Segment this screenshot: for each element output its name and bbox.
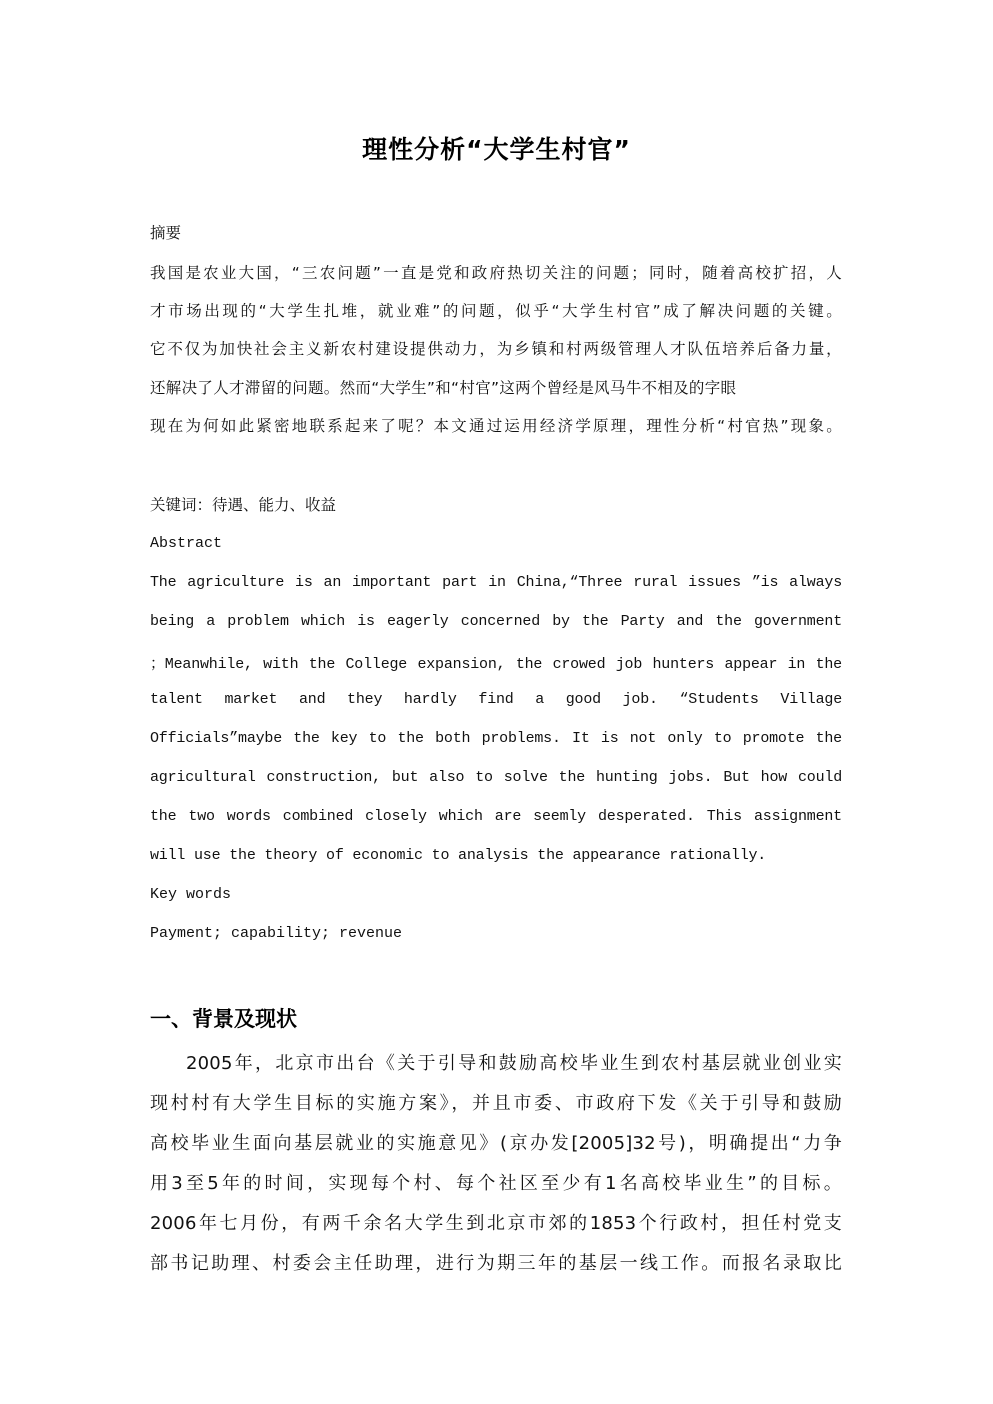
abstract-cn-line: 它不仅为加快社会主义新农村建设提供动力，为乡镇和村两级管理人才队伍培养后备力量， (150, 337, 842, 359)
abstract-cn-line: 才市场出现的“大学生扎堆，就业难”的问题，似乎“大学生村官”成了解决问题的关键。 (150, 299, 842, 321)
abstract-en-line: Officials”maybe the key to the both prob… (150, 730, 842, 747)
abstract-en-line: being a problem which is eagerly concern… (150, 613, 842, 630)
keywords-en-label: Key words (150, 886, 842, 903)
abstract-cn-line: 我国是农业大国，“三农问题”一直是党和政府热切关注的问题；同时，随着高校扩招，人 (150, 261, 842, 283)
abstract-en-line: agricultural construction, but also to s… (150, 769, 842, 786)
document-title: 理性分析“大学生村官” (0, 130, 993, 166)
keywords-cn: 关键词：待遇、能力、收益 (150, 493, 842, 515)
section-paragraph-line: 现村村有大学生目标的实施方案》，并且市委、市政府下发《关于引导和鼓励 (150, 1089, 842, 1115)
section-heading: 一、背景及现状 (150, 1003, 297, 1033)
abstract-cn-line: 还解决了人才滞留的问题。然而“大学生”和“村官”这两个曾经是风马牛不相及的字眼 (150, 376, 842, 398)
abstract-en-line: the two words combined closely which are… (150, 808, 842, 825)
section-paragraph-line: 高校毕业生面向基层就业的实施意见》(京办发[2005]32号)，明确提出“力争 (150, 1129, 842, 1155)
abstract-en-line: will use the theory of economic to analy… (150, 847, 842, 864)
abstract-en-label: Abstract (150, 535, 842, 552)
abstract-en-line: talent market and they hardly find a goo… (150, 691, 842, 708)
keywords-en-value: Payment; capability; revenue (150, 925, 842, 942)
document-page: 理性分析“大学生村官” 摘要 我国是农业大国，“三农问题”一直是党和政府热切关注… (0, 0, 993, 1404)
abstract-cn-label: 摘要 (150, 221, 842, 243)
section-paragraph-line: 2005年，北京市出台《关于引导和鼓励高校毕业生到农村基层就业创业实 (186, 1049, 842, 1075)
abstract-en-line: The agriculture is an important part in … (150, 574, 842, 591)
section-paragraph-line: 2006年七月份，有两千余名大学生到北京市郊的1853个行政村，担任村党支 (150, 1209, 842, 1235)
section-paragraph-line: 用3至5年的时间，实现每个村、每个社区至少有1名高校毕业生”的目标。 (150, 1169, 842, 1195)
section-paragraph-line: 部书记助理、村委会主任助理，进行为期三年的基层一线工作。而报名录取比 (150, 1249, 842, 1275)
abstract-en-line: ；Meanwhile, with the College expansion, … (150, 652, 842, 673)
abstract-cn-line: 现在为何如此紧密地联系起来了呢？本文通过运用经济学原理，理性分析“村官热”现象。 (150, 414, 842, 436)
